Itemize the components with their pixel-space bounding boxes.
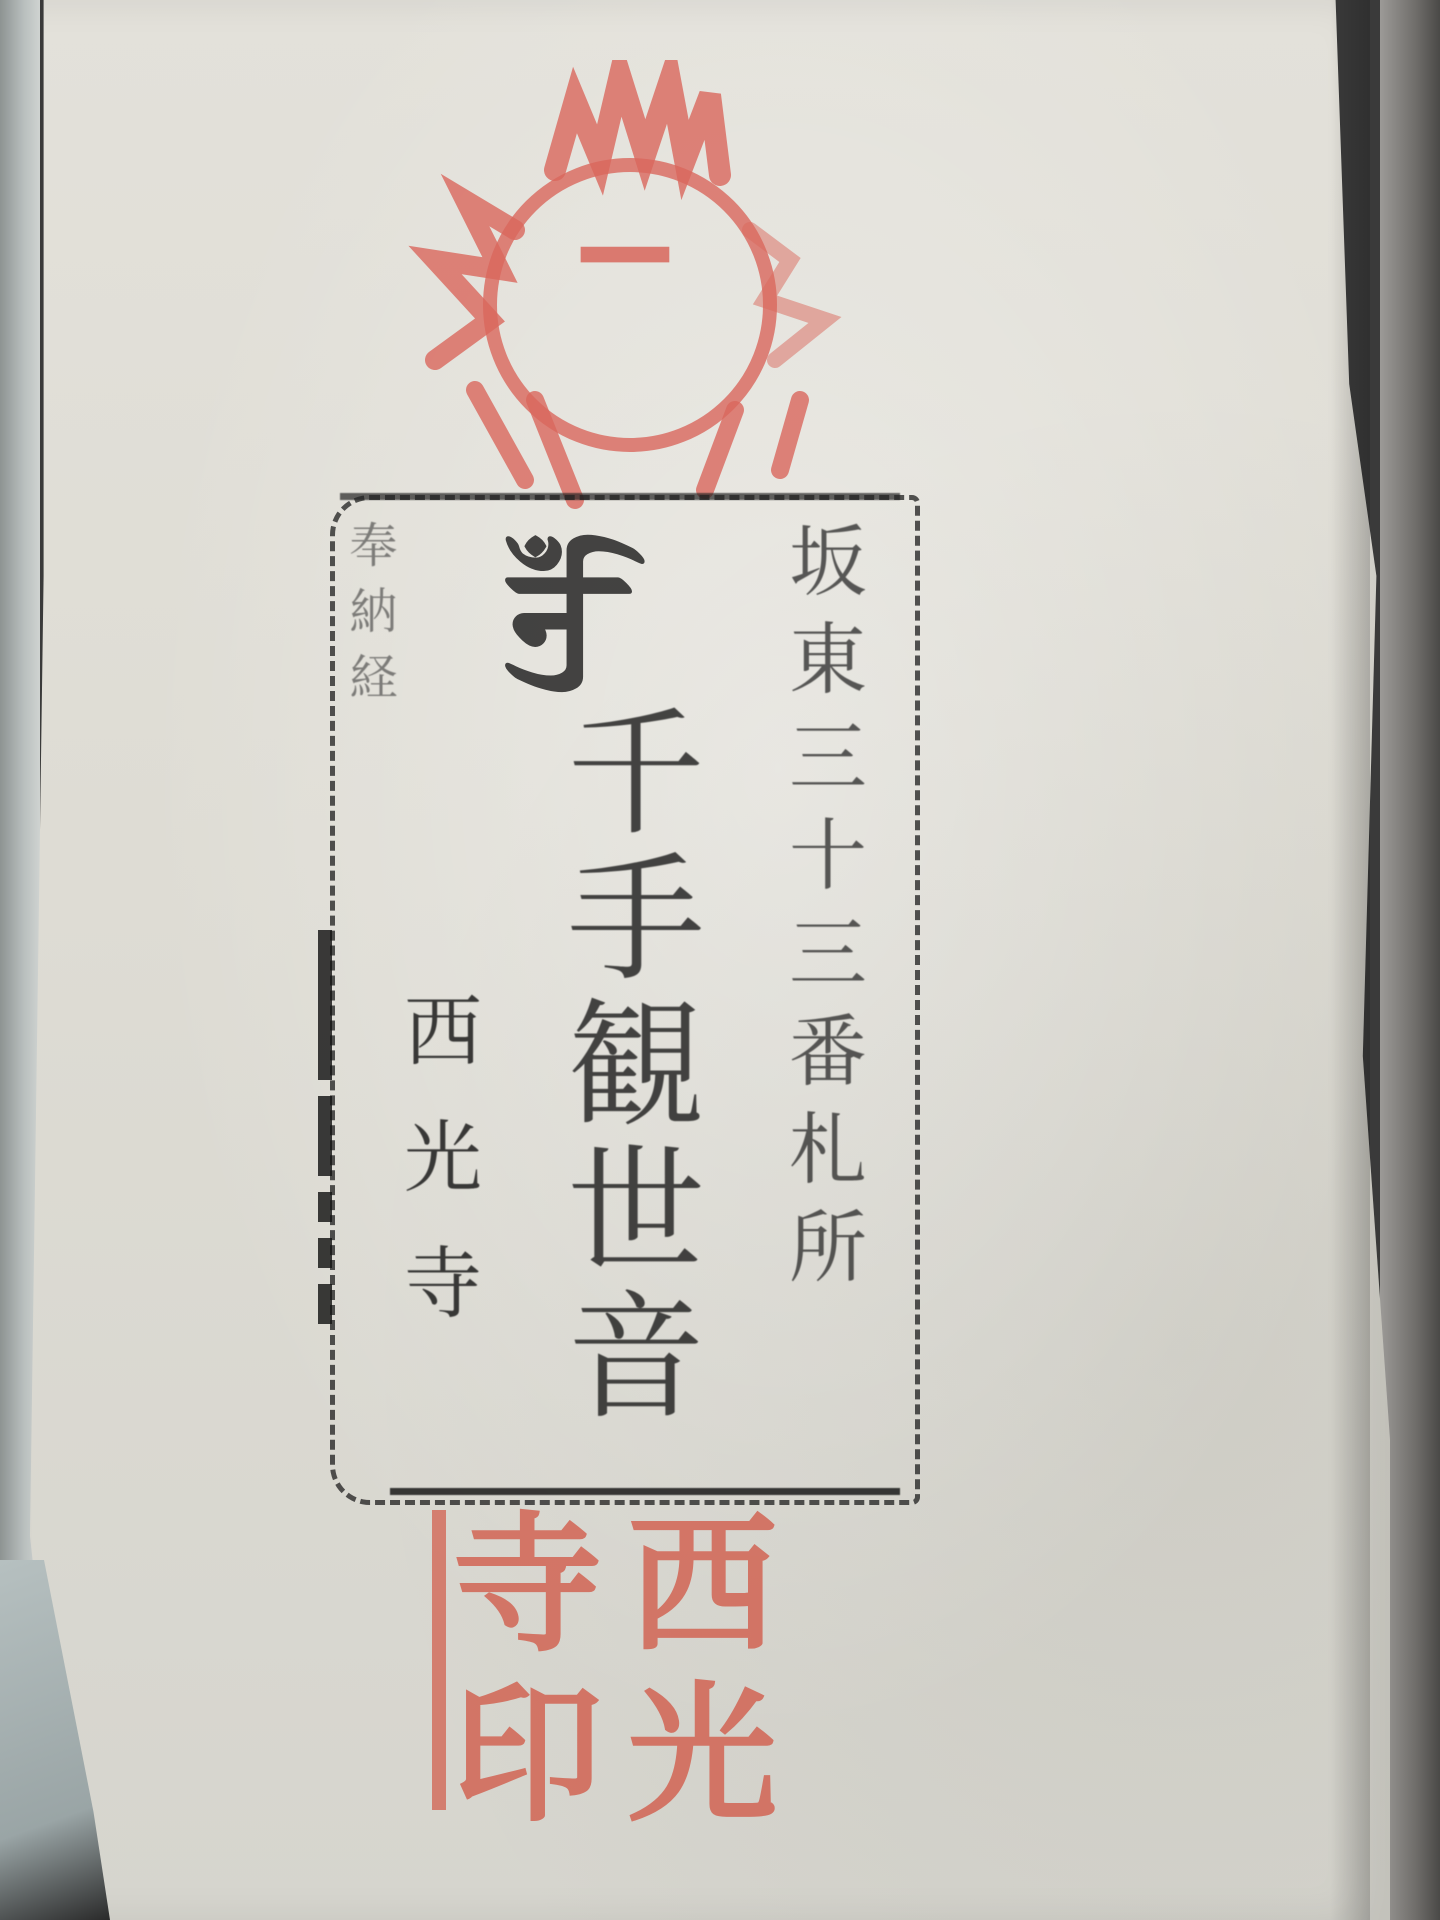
frame-bottom-bar (390, 1488, 900, 1495)
flame-halo-stamp: ꣻ (405, 60, 845, 520)
pilgrimage-number-column: 坂東三十三番札所 (765, 520, 877, 1304)
deity-name-column: 千手観世音 (525, 700, 723, 1430)
paper-fold-shadow (1330, 0, 1370, 1920)
frame-top-bar (340, 493, 900, 500)
bonji-seed-syllable-red: ꣻ (550, 205, 700, 375)
seal-char: 印 (440, 1670, 615, 1840)
seal-char: 西 (615, 1500, 790, 1670)
seal-char: 寺 (440, 1500, 615, 1670)
temple-name-column: 西光寺 (380, 990, 492, 1368)
dedication-column: 奉納経 (335, 520, 404, 718)
seal-char: 光 (615, 1670, 790, 1840)
ink-vertical-bars (318, 930, 336, 1490)
temple-seal: 寺 西 印 光 (440, 1500, 790, 1840)
bonji-seed-syllable-black: ꣽ (505, 540, 705, 700)
